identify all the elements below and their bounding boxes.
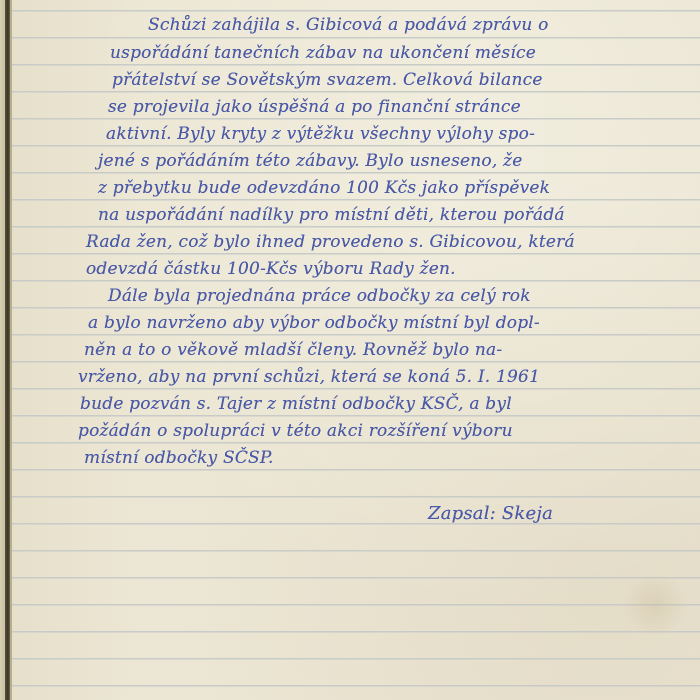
signature: Zapsal: Skeja (428, 503, 553, 525)
text-line: něn a to o věkově mladší členy. Rovněž b… (84, 339, 502, 361)
text-line: se projevila jako úspěšná a po finanční … (108, 96, 521, 118)
text-line: uspořádání tanečních zábav na ukončení m… (110, 42, 536, 64)
text-line: odevzdá částku 100-Kčs výboru Rady žen. (86, 258, 456, 280)
text-line: vrženo, aby na první schůzi, která se ko… (78, 366, 540, 388)
text-line: přátelství se Sovětským svazem. Celková … (112, 69, 543, 91)
text-line: místní odbočky SČSP. (84, 447, 274, 469)
binding-edge (10, 0, 12, 700)
text-line: požádán o spolupráci v této akci rozšíře… (78, 420, 513, 442)
text-line: a bylo navrženo aby výbor odbočky místní… (88, 312, 540, 334)
text-line: z přebytku bude odevzdáno 100 Kčs jako p… (98, 177, 550, 199)
paper-stain (620, 575, 690, 635)
text-line: Schůzi zahájila s. Gibicová a podává zpr… (148, 14, 549, 36)
text-line: jené s pořádáním této zábavy. Bylo usnes… (98, 150, 522, 172)
text-line: Dále byla projednána práce odbočky za ce… (108, 285, 531, 307)
text-line: Rada žen, což bylo ihned provedeno s. Gi… (86, 231, 575, 253)
notebook-page: Schůzi zahájila s. Gibicová a podává zpr… (0, 0, 700, 700)
text-line: na uspořádání nadílky pro místní děti, k… (98, 204, 565, 226)
text-line: aktivní. Byly kryty z výtěžku všechny vý… (106, 123, 535, 145)
text-line: bude pozván s. Tajer z místní odbočky KS… (80, 393, 512, 415)
